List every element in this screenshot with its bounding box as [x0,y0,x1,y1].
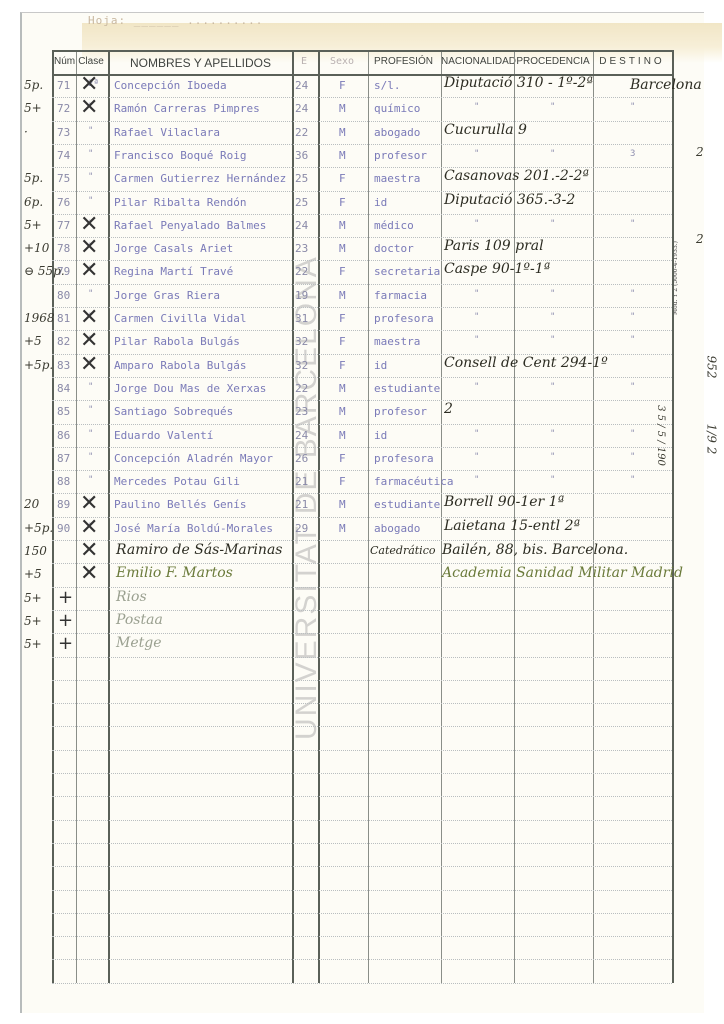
row-number: 72 [57,102,70,115]
register-sheet [20,12,704,1013]
cross-mark-icon: ✕ [80,538,98,563]
row-number: 89 [57,498,70,511]
row-rule [52,843,672,844]
row-sex: F [339,196,346,209]
handwritten-address: Academia Sanidad Militar Madrid [442,565,683,581]
row-class: " [88,149,93,159]
cross-mark-icon: ✕ [80,235,98,260]
row-age: 32 [295,359,308,372]
margin-note: ⊖ 55p. [24,264,65,278]
row-age: 31 [295,312,308,325]
row-sex: M [339,289,346,302]
row-sex: F [339,475,346,488]
margin-note: 5p. [24,78,43,92]
cross-mark-icon: ✕ [80,305,98,330]
row-sex: F [339,359,346,372]
row-age: 24 [295,102,308,115]
row-profession: doctor [374,242,414,255]
margin-note: 5+ [24,218,42,232]
row-rule [52,260,672,261]
row-procedencia: " [550,312,555,322]
row-destino: " [630,452,635,462]
row-number: 78 [57,242,70,255]
margin-note: 1968 [24,311,55,325]
row-sex: M [339,242,346,255]
row-name: Paulino Bellés Genís [114,498,246,511]
row-profession: profesora [374,312,434,325]
row-rule [52,820,672,821]
cross-mark-icon: ✕ [80,328,98,353]
row-age: 24 [295,219,308,232]
row-handwritten-address: Paris 109 pral [444,238,544,254]
row-rule [52,400,672,401]
row-rule [52,610,672,611]
row-number: 74 [57,149,70,162]
margin-note: 5+ [24,591,42,605]
col-destino: DESTINO [593,56,671,67]
row-procedencia: " [550,102,555,112]
row-rule [52,447,672,448]
table-top-rule [52,50,674,52]
row-age: 32 [295,335,308,348]
row-class: " [88,172,93,182]
row-name: Concepción Iboeda [114,79,227,92]
row-name: Ramón Carreras Pimpres [114,102,260,115]
row-number: 88 [57,475,70,488]
row-name: Amparo Rabola Bulgás [114,359,246,372]
plus-mark-icon: + [58,587,73,608]
row-sex: M [339,102,346,115]
row-number: 83 [57,359,70,372]
plus-mark-icon: + [58,633,73,654]
row-handwritten-address: Laietana 15-entl 2ª [444,518,580,534]
row-number: 76 [57,196,70,209]
row-destino: Barcelona [630,77,702,93]
row-destino: " [630,219,635,229]
row-profession: id [374,359,387,372]
row-name: Jorge Dou Mas de Xerxas [114,382,266,395]
row-age: 24 [295,429,308,442]
col-nombres: NOMBRES Y APELLIDOS [108,56,293,70]
row-procedencia: " [550,335,555,345]
row-number: 84 [57,382,70,395]
row-age: 29 [295,522,308,535]
row-destino: " [630,335,635,345]
row-age: 19 [295,289,308,302]
row-rule [52,330,672,331]
row-name: Carmen Gutierrez Hernández [114,172,286,185]
row-procedencia: " [550,382,555,392]
row-nacionalidad: " [474,452,479,462]
row-age: 26 [295,452,308,465]
row-rule [52,424,672,425]
row-number: 75 [57,172,70,185]
row-destino: " [630,312,635,322]
row-rule [52,680,672,681]
row-sex: F [339,335,346,348]
row-profession: profesor [374,149,427,162]
row-name: Francisco Boqué Roig [114,149,246,162]
cross-mark-icon: ✕ [80,72,98,97]
row-sex: F [339,265,346,278]
row-rule [52,657,672,658]
row-rule [52,97,672,98]
row-procedencia: " [550,149,555,159]
row-nacionalidad: " [474,289,479,299]
margin-note: +5p. [24,521,53,535]
row-name: Pilar Rabola Bulgás [114,335,240,348]
row-sex: M [339,219,346,232]
row-sex: M [339,522,346,535]
margin-note: · [24,125,28,139]
row-sex: M [339,498,346,511]
row-handwritten-address: Casanovas 201.-2-2ª [444,168,589,184]
row-rule [52,796,672,797]
cross-mark-icon: ✕ [80,561,98,586]
margin-note: +5 [24,567,42,581]
row-nacionalidad: " [474,475,479,485]
row-age: 25 [295,196,308,209]
row-name: Pilar Ribalta Rendón [114,196,246,209]
row-destino: " [630,289,635,299]
margin-note: 6p. [24,195,43,209]
row-rule [52,726,672,727]
row-procedencia: " [550,219,555,229]
row-profession: secretaria [374,265,440,278]
row-name: Jorge Casals Ariet [114,242,233,255]
row-name: Regina Martí Travé [114,265,233,278]
row-rule [52,214,672,215]
right-margin-note: 1/9 2 [704,424,718,455]
row-profession: maestra [374,335,420,348]
sheet-header-text: Hoja: ______ .......... [88,14,263,27]
row-handwritten-address: Consell de Cent 294-1º [444,355,608,371]
row-nacionalidad: " [474,382,479,392]
row-age: 36 [295,149,308,162]
row-name: Mercedes Potau Gili [114,475,240,488]
row-rule [52,470,672,471]
row-rule [52,284,672,285]
row-handwritten-address: Diputació 310 - 1º-2ª [444,75,593,91]
row-rule [52,191,672,192]
right-margin-note: 2 [696,232,704,246]
cross-mark-icon: ✕ [80,515,98,540]
right-margin-note: 3 5 / 5 / 190 [655,405,666,466]
row-name: Concepción Aladrén Mayor [114,452,273,465]
row-rule [52,307,672,308]
row-destino: " [630,429,635,439]
row-rule [52,773,672,774]
row-class: " [88,126,93,136]
margin-note: 5p. [24,171,43,185]
row-sex: M [339,382,346,395]
row-profession: estudiante [374,498,440,511]
row-rule [52,703,672,704]
col-procedencia: PROCEDENCIA [514,56,592,67]
row-number: 80 [57,289,70,302]
column-rule [672,50,674,983]
plus-mark-icon: + [58,610,73,631]
handwritten-name: Rios [116,589,147,605]
row-profession: s/l. [374,79,401,92]
col-nacionalidad: NACIONALIDAD [441,56,513,67]
row-handwritten-address: Borrell 90-1er 1ª [444,494,564,510]
row-name: Rafael Penyalado Balmes [114,219,266,232]
row-class: " [88,429,93,439]
handwritten-name: Postaa [116,612,163,628]
row-class: " [88,382,93,392]
row-profession: profesora [374,452,434,465]
row-number: 71 [57,79,70,92]
row-rule [52,563,672,564]
row-nacionalidad: " [474,102,479,112]
row-number: 85 [57,405,70,418]
row-number: 87 [57,452,70,465]
row-nacionalidad: " [474,429,479,439]
margin-note: 5+ [24,101,42,115]
row-age: 22 [295,382,308,395]
col-clase: Clase [76,56,106,67]
margin-note: +5p. [24,358,53,372]
row-rule [52,750,672,751]
row-rule [52,936,672,937]
cross-mark-icon: ✕ [80,212,98,237]
row-age: 22 [295,265,308,278]
row-name: Eduardo Valentí [114,429,213,442]
row-rule [52,493,672,494]
row-nacionalidad: " [474,149,479,159]
row-procedencia: " [550,429,555,439]
row-number: 73 [57,126,70,139]
row-name: Jorge Gras Riera [114,289,220,302]
row-class: " [88,196,93,206]
row-class: " [88,289,93,299]
row-name: Rafael Vilaclara [114,126,220,139]
row-class: " [88,475,93,485]
row-name: Santiago Sobrequés [114,405,233,418]
row-sex: F [339,312,346,325]
row-sex: M [339,149,346,162]
margin-note: 5+ [24,614,42,628]
margin-note: +5 [24,334,42,348]
row-destino: " [630,102,635,112]
row-rule [52,983,672,984]
row-number: 90 [57,522,70,535]
row-number: 86 [57,429,70,442]
row-profession: químico [374,102,420,115]
handwritten-profession: Catedrático [370,544,435,557]
row-class: " [88,405,93,415]
row-number: 82 [57,335,70,348]
row-name: Carmen Civilla Vidal [114,312,246,325]
row-profession: id [374,196,387,209]
col-edad: E [292,56,316,67]
row-destino: " [630,475,635,485]
row-handwritten-address: 2 [444,401,453,417]
margin-note: 150 [24,544,47,558]
row-handwritten-address: Cucurulla 9 [444,122,527,138]
row-number: 81 [57,312,70,325]
row-rule [52,959,672,960]
cross-mark-icon: ✕ [80,95,98,120]
row-sex: M [339,405,346,418]
row-rule [52,121,672,122]
margin-note: 5+ [24,637,42,651]
col-sexo: Sexo [317,56,367,67]
cross-mark-icon: ✕ [80,352,98,377]
row-name: José María Boldú-Morales [114,522,273,535]
row-profession: abogado [374,126,420,139]
row-handwritten-address: Diputació 365.-3-2 [444,192,575,208]
row-age: 23 [295,242,308,255]
row-age: 21 [295,475,308,488]
handwritten-name: Emilio F. Martos [116,565,233,581]
row-sex: M [339,429,346,442]
col-num: Núm. [54,56,74,67]
row-class: " [88,452,93,462]
row-rule [52,890,672,891]
handwritten-name: Ramiro de Sás-Marinas [116,542,282,558]
row-sex: F [339,79,346,92]
row-procedencia: " [550,475,555,485]
row-procedencia: " [550,452,555,462]
row-nacionalidad: " [474,219,479,229]
row-number: 77 [57,219,70,232]
row-procedencia: " [550,289,555,299]
margin-note: 20 [24,497,39,511]
col-profesion: PROFESIÓN [367,56,440,67]
row-rule [52,237,672,238]
right-margin-note: 952 [704,356,718,379]
row-sex: F [339,172,346,185]
row-rule [52,913,672,914]
cross-mark-icon: ✕ [80,491,98,516]
row-profession: abogado [374,522,420,535]
row-rule [52,633,672,634]
row-age: 23 [295,405,308,418]
row-handwritten-address: Caspe 90-1º-1ª [444,261,550,277]
row-rule [52,587,672,588]
handwritten-name: Metge [116,635,162,651]
row-profession: profesor [374,405,427,418]
row-profession: farmacéutica [374,475,453,488]
row-rule [52,377,672,378]
row-profession: estudiante [374,382,440,395]
row-destino: 3 [630,149,635,159]
row-rule [52,540,672,541]
row-age: 22 [295,126,308,139]
row-profession: maestra [374,172,420,185]
row-destino: " [630,382,635,392]
row-sex: F [339,452,346,465]
row-nacionalidad: " [474,335,479,345]
row-profession: farmacia [374,289,427,302]
row-profession: médico [374,219,414,232]
row-age: 24 [295,79,308,92]
row-sex: M [339,126,346,139]
row-nacionalidad: " [474,312,479,322]
row-rule [52,144,672,145]
cross-mark-icon: ✕ [80,258,98,283]
row-age: 25 [295,172,308,185]
margin-note: +10 [24,241,49,255]
row-rule [52,866,672,867]
right-margin-note: 2 [696,145,704,159]
row-age: 21 [295,498,308,511]
row-profession: id [374,429,387,442]
handwritten-address: Bailén, 88, bis. Barcelona. [442,542,628,558]
